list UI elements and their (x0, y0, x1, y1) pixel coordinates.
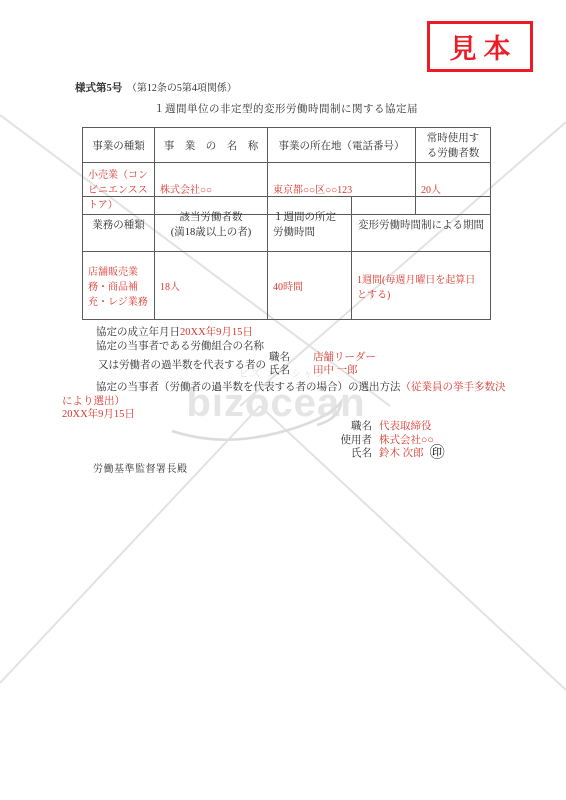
rep-name-value: 田中 一郎 (313, 364, 358, 377)
form-number-note: （第12条の5第4項関係） (127, 83, 237, 94)
header-business-name: 事 業 の 名 称 (155, 128, 268, 163)
employer-name-value: 鈴木 次郎 (379, 447, 424, 461)
header-weekly-hours: １週間の所定 労働時間 (268, 197, 352, 252)
form-number-line: 様式第5号 （第12条の5第4項関係） (75, 79, 237, 95)
seal-icon: ㊞ (430, 447, 445, 460)
rep-title-label: 職名 (269, 351, 293, 364)
document-page: ビズ オーシャン bizocean 見本 様式第5号 （第12条の5第4項関係）… (0, 0, 566, 800)
selection-method-label: 協定の当事者（労働者の過半数を代表する者の場合）の選出方法 (96, 382, 401, 393)
header-work-type: 業務の種類 (83, 197, 155, 252)
representative-name-row: 氏名 田中 一郎 (269, 364, 376, 377)
employer-title-value: 代表取締役 (379, 420, 432, 434)
agreement-date-label: 協定の成立年月日 (96, 327, 180, 338)
value-weekly-hours: 40時間 (268, 252, 352, 320)
header-variable-period: 変形労働時間制による期間 (352, 197, 491, 252)
document-title: １週間単位の非定型的変形労働時間制に関する協定届 (82, 101, 490, 116)
employer-block: 職名 代表取締役 使用者 株式会社○○ 氏名 鈴木 次郎 ㊞ (330, 420, 445, 461)
agreement-date-value: 20XX年9月15日 (180, 327, 253, 338)
representative-lines: 職名 店舗リーダー 氏名 田中 一郎 (269, 351, 376, 377)
selection-date: 20XX年9月15日 (62, 408, 135, 421)
employer-user-label: 使用者 (330, 434, 372, 448)
value-work-type: 店舗販売業 務・商品補 充・レジ業務 (83, 252, 155, 320)
employer-name-label: 氏名 (330, 447, 372, 461)
selection-method-paragraph: 協定の当事者（労働者の過半数を代表する者の場合）の選出方法（従業員の挙手多数決に… (62, 381, 514, 408)
work-header-row: 業務の種類 該当労働者数 (満18歳以上の者) １週間の所定 労働時間 変形労働… (83, 197, 491, 252)
business-header-row: 事業の種類 事 業 の 名 称 事業の所在地（電話番号） 常時使用す る労働者数 (83, 128, 491, 163)
value-applicable-workers: 18人 (155, 252, 268, 320)
work-detail-table: 業務の種類 該当労働者数 (満18歳以上の者) １週間の所定 労働時間 変形労働… (82, 196, 491, 320)
employer-name-row: 氏名 鈴木 次郎 ㊞ (330, 447, 445, 461)
employer-company-row: 使用者 株式会社○○ (330, 434, 445, 448)
employer-title-row: 職名 代表取締役 (330, 420, 445, 434)
representative-group: 又は労働者の過半数を代表する者の 職名 店舗リーダー 氏名 田中 一郎 (98, 351, 376, 377)
rep-name-label: 氏名 (269, 364, 293, 377)
employer-title-label: 職名 (330, 420, 372, 434)
addressee: 労働基準監督署長殿 (93, 460, 188, 475)
employer-company-value: 株式会社○○ (379, 434, 434, 448)
value-variable-period: 1週間(毎週月曜日を起算日 とする) (352, 252, 491, 320)
header-applicable-workers: 該当労働者数 (満18歳以上の者) (155, 197, 268, 252)
representative-title-row: 職名 店舗リーダー (269, 351, 376, 364)
sample-stamp: 見本 (427, 21, 533, 72)
rep-title-value: 店舗リーダー (313, 351, 376, 364)
sample-stamp-label: 見本 (443, 27, 518, 66)
agreement-date-line: 協定の成立年月日20XX年9月15日 (96, 326, 253, 339)
header-business-address: 事業の所在地（電話番号） (268, 128, 416, 163)
representative-lead-text: 又は労働者の過半数を代表する者の (98, 357, 266, 372)
work-data-row: 店舗販売業 務・商品補 充・レジ業務 18人 40時間 1週間(毎週月曜日を起算… (83, 252, 491, 320)
header-business-type: 事業の種類 (83, 128, 155, 163)
header-worker-count: 常時使用す る労働者数 (416, 128, 491, 163)
form-number: 様式第5号 (75, 83, 122, 94)
